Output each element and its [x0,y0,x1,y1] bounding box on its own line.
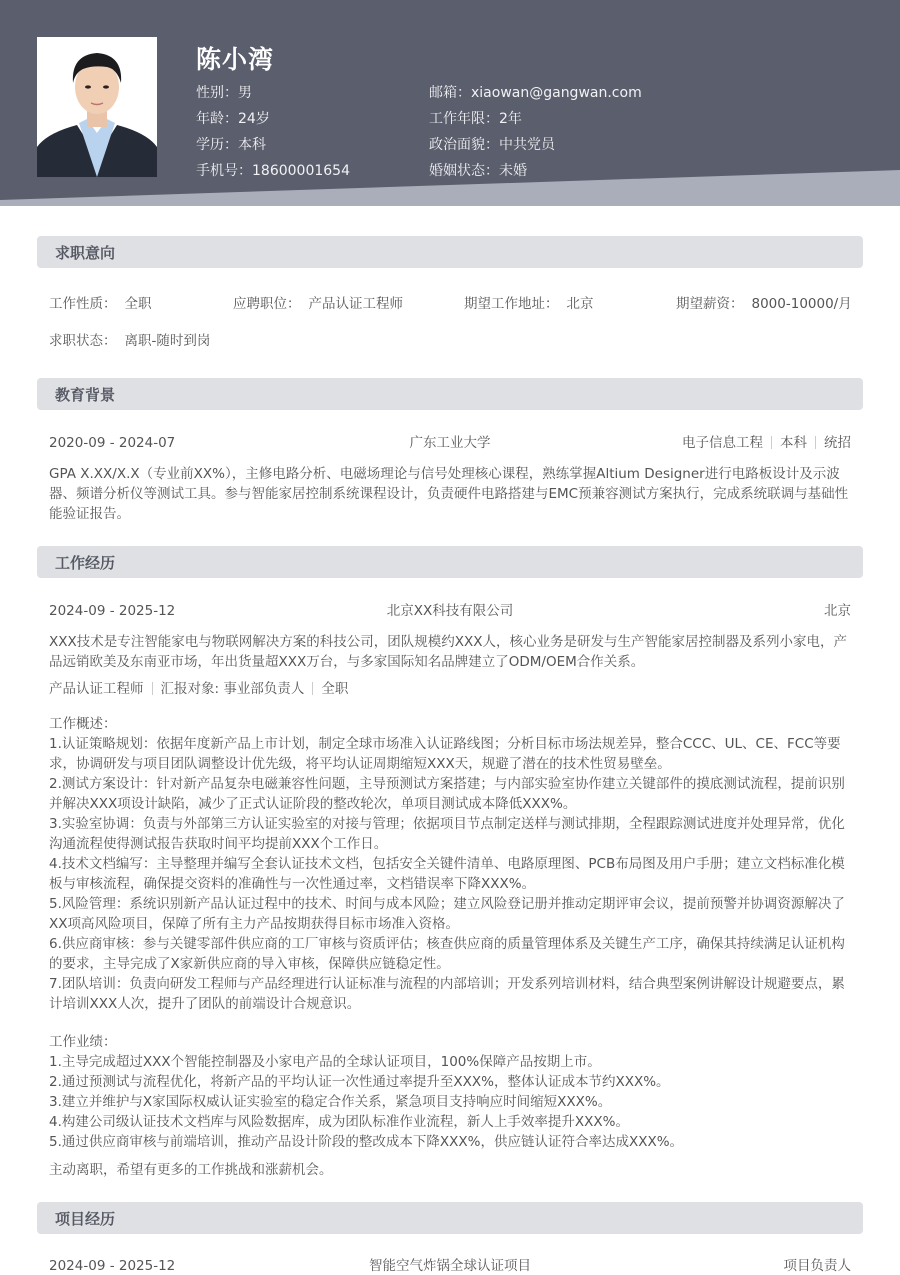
project-name: 智能空气炸锅全球认证项目 [49,1256,851,1275]
intent-label: 工作性质： [49,296,117,312]
education-summary-row: 2020-09 - 2024-07 广东工业大学 电子信息工程本科统招 [49,433,851,453]
work-role-meta: 产品认证工程师汇报对象: 事业部负责人全职 [49,679,348,699]
basic-info-left: 性别：男 年龄：24岁 学历：本科 手机号：18600001654 [196,83,350,187]
info-label: 政治面貌： [429,137,499,153]
overview-title: 工作概述： [49,714,854,734]
work-location: 北京 [824,601,851,621]
info-value: 2年 [499,111,522,127]
intent-label: 求职状态： [49,333,117,349]
overview-item: 6.供应商审核：参与关键零部件供应商的工厂审核与资质评估；核查供应商的质量管理体… [49,934,854,974]
section-title: 工作经历 [55,552,115,573]
section-header-job-intent: 求职意向 [37,236,863,268]
section-title: 项目经历 [55,1208,115,1229]
info-label: 年龄： [196,111,238,127]
work-company: 北京XX科技有限公司 [49,601,851,621]
intent-job-type: 工作性质：全职 [49,292,152,312]
info-value: 未婚 [499,163,527,179]
section-header-work: 工作经历 [37,546,863,578]
intent-position: 应聘职位：产品认证工程师 [233,292,403,312]
info-age: 年龄：24岁 [196,109,350,135]
info-education: 学历：本科 [196,135,350,161]
work-achievements: 工作业绩： 1.主导完成超过XXX个智能控制器及小家电产品的全球认证项目，100… [49,1032,854,1152]
achievements-title: 工作业绩： [49,1032,854,1052]
divider [815,436,816,449]
section-header-project: 项目经历 [37,1202,863,1234]
achievement-item: 4.构建公司级认证技术文档库与风险数据库，成为团队标准作业流程，新人上手效率提升… [49,1112,854,1132]
info-label: 手机号： [196,163,252,179]
info-label: 工作年限： [429,111,499,127]
resume-header: 陈小湾 性别：男 年龄：24岁 学历：本科 手机号：18600001654 邮箱… [0,0,900,206]
divider [312,682,313,695]
info-work-years: 工作年限：2年 [429,109,642,135]
intent-salary: 期望薪资：8000-10000/月 [676,292,852,312]
info-phone: 手机号：18600001654 [196,161,350,187]
intent-value: 产品认证工程师 [309,296,404,312]
work-role-row: 产品认证工程师汇报对象: 事业部负责人全职 [49,679,851,699]
intent-value: 全职 [125,296,152,312]
education-major: 电子信息工程 [682,435,763,451]
basic-info-right: 邮箱：xiaowan@gangwan.com 工作年限：2年 政治面貌：中共党员… [429,83,642,187]
education-description: GPA X.XX/X.X（专业前XX%），主修电路分析、电磁场理论与信号处理核心… [49,464,854,524]
info-label: 婚姻状态： [429,163,499,179]
intent-value: 北京 [567,296,594,312]
info-gender: 性别：男 [196,83,350,109]
company-description-text: XXX技术是专注智能家电与物联网解决方案的科技公司，团队规模约XXX人，核心业务… [49,632,854,672]
intent-value: 离职-随时到岗 [125,333,211,349]
work-role: 产品认证工程师 [49,681,144,697]
info-value: xiaowan@gangwan.com [471,85,642,101]
project-summary-row: 2024-09 - 2025-12 智能空气炸锅全球认证项目 项目负责人 [49,1256,851,1275]
overview-item: 5.风险管理：系统识别新产品认证过程中的技术、时间与成本风险；建立风险登记册并推… [49,894,854,934]
divider [771,436,772,449]
education-meta: 电子信息工程本科统招 [682,433,851,453]
overview-item: 1.认证策略规划：依据年度新产品上市计划，制定全球市场准入认证路线图；分析目标市… [49,734,854,774]
section-title: 求职意向 [55,242,115,263]
education-type: 统招 [824,435,851,451]
overview-item: 4.技术文档编写：主导整理并编写全套认证技术文档，包括安全关键件清单、电路原理图… [49,854,854,894]
divider [152,682,153,695]
section-header-education: 教育背景 [37,378,863,410]
intent-status: 求职状态：离职-随时到岗 [49,329,210,349]
achievement-item: 2.通过预测试与流程优化，将新产品的平均认证一次性通过率提升至XXX%，整体认证… [49,1072,854,1092]
achievement-item: 1.主导完成超过XXX个智能控制器及小家电产品的全球认证项目，100%保障产品按… [49,1052,854,1072]
work-employment-type: 全职 [321,681,348,697]
candidate-name: 陈小湾 [196,40,274,76]
achievement-item: 3.建立并维护与X家国际权威认证实验室的稳定合作关系，紧急项目支持响应时间缩短X… [49,1092,854,1112]
overview-item: 7.团队培训：负责向研发工程师与产品经理进行认证标准与流程的内部培训；开发系列培… [49,974,854,1014]
info-value: 24岁 [238,111,270,127]
info-label: 邮箱： [429,85,471,101]
info-marital-status: 婚姻状态：未婚 [429,161,642,187]
leave-reason-text: 主动离职，希望有更多的工作挑战和涨薪机会。 [49,1160,854,1180]
info-value: 男 [238,85,252,101]
intent-label: 期望薪资： [676,296,744,312]
work-report-to: 汇报对象: 事业部负责人 [161,681,305,697]
work-overview: 工作概述： 1.认证策略规划：依据年度新产品上市计划，制定全球市场准入认证路线图… [49,714,854,1014]
achievement-item: 5.通过供应商审核与前端培训，推动产品设计阶段的整改成本下降XXX%，供应链认证… [49,1132,854,1152]
project-role: 项目负责人 [784,1256,852,1275]
leave-reason: 主动离职，希望有更多的工作挑战和涨薪机会。 [49,1160,854,1180]
info-label: 性别： [196,85,238,101]
overview-item: 3.实验室协调：负责与外部第三方认证实验室的对接与管理；依据项目节点制定送样与测… [49,814,854,854]
info-email: 邮箱：xiaowan@gangwan.com [429,83,642,109]
intent-location: 期望工作地址：北京 [464,292,594,312]
intent-value: 8000-10000/月 [752,296,852,312]
info-political-status: 政治面貌：中共党员 [429,135,642,161]
company-description: XXX技术是专注智能家电与物联网解决方案的科技公司，团队规模约XXX人，核心业务… [49,632,854,672]
education-degree: 本科 [780,435,807,451]
profile-photo [37,37,157,177]
education-description-text: GPA X.XX/X.X（专业前XX%），主修电路分析、电磁场理论与信号处理核心… [49,464,854,524]
overview-item: 2.测试方案设计：针对新产品复杂电磁兼容性问题，主导预测试方案搭建；与内部实验室… [49,774,854,814]
section-title: 教育背景 [55,384,115,405]
work-summary-row: 2024-09 - 2025-12 北京XX科技有限公司 北京 [49,601,851,621]
info-value: 本科 [238,137,266,153]
info-label: 学历： [196,137,238,153]
info-value: 18600001654 [252,163,350,179]
intent-label: 应聘职位： [233,296,301,312]
info-value: 中共党员 [499,137,555,153]
intent-label: 期望工作地址： [464,296,559,312]
